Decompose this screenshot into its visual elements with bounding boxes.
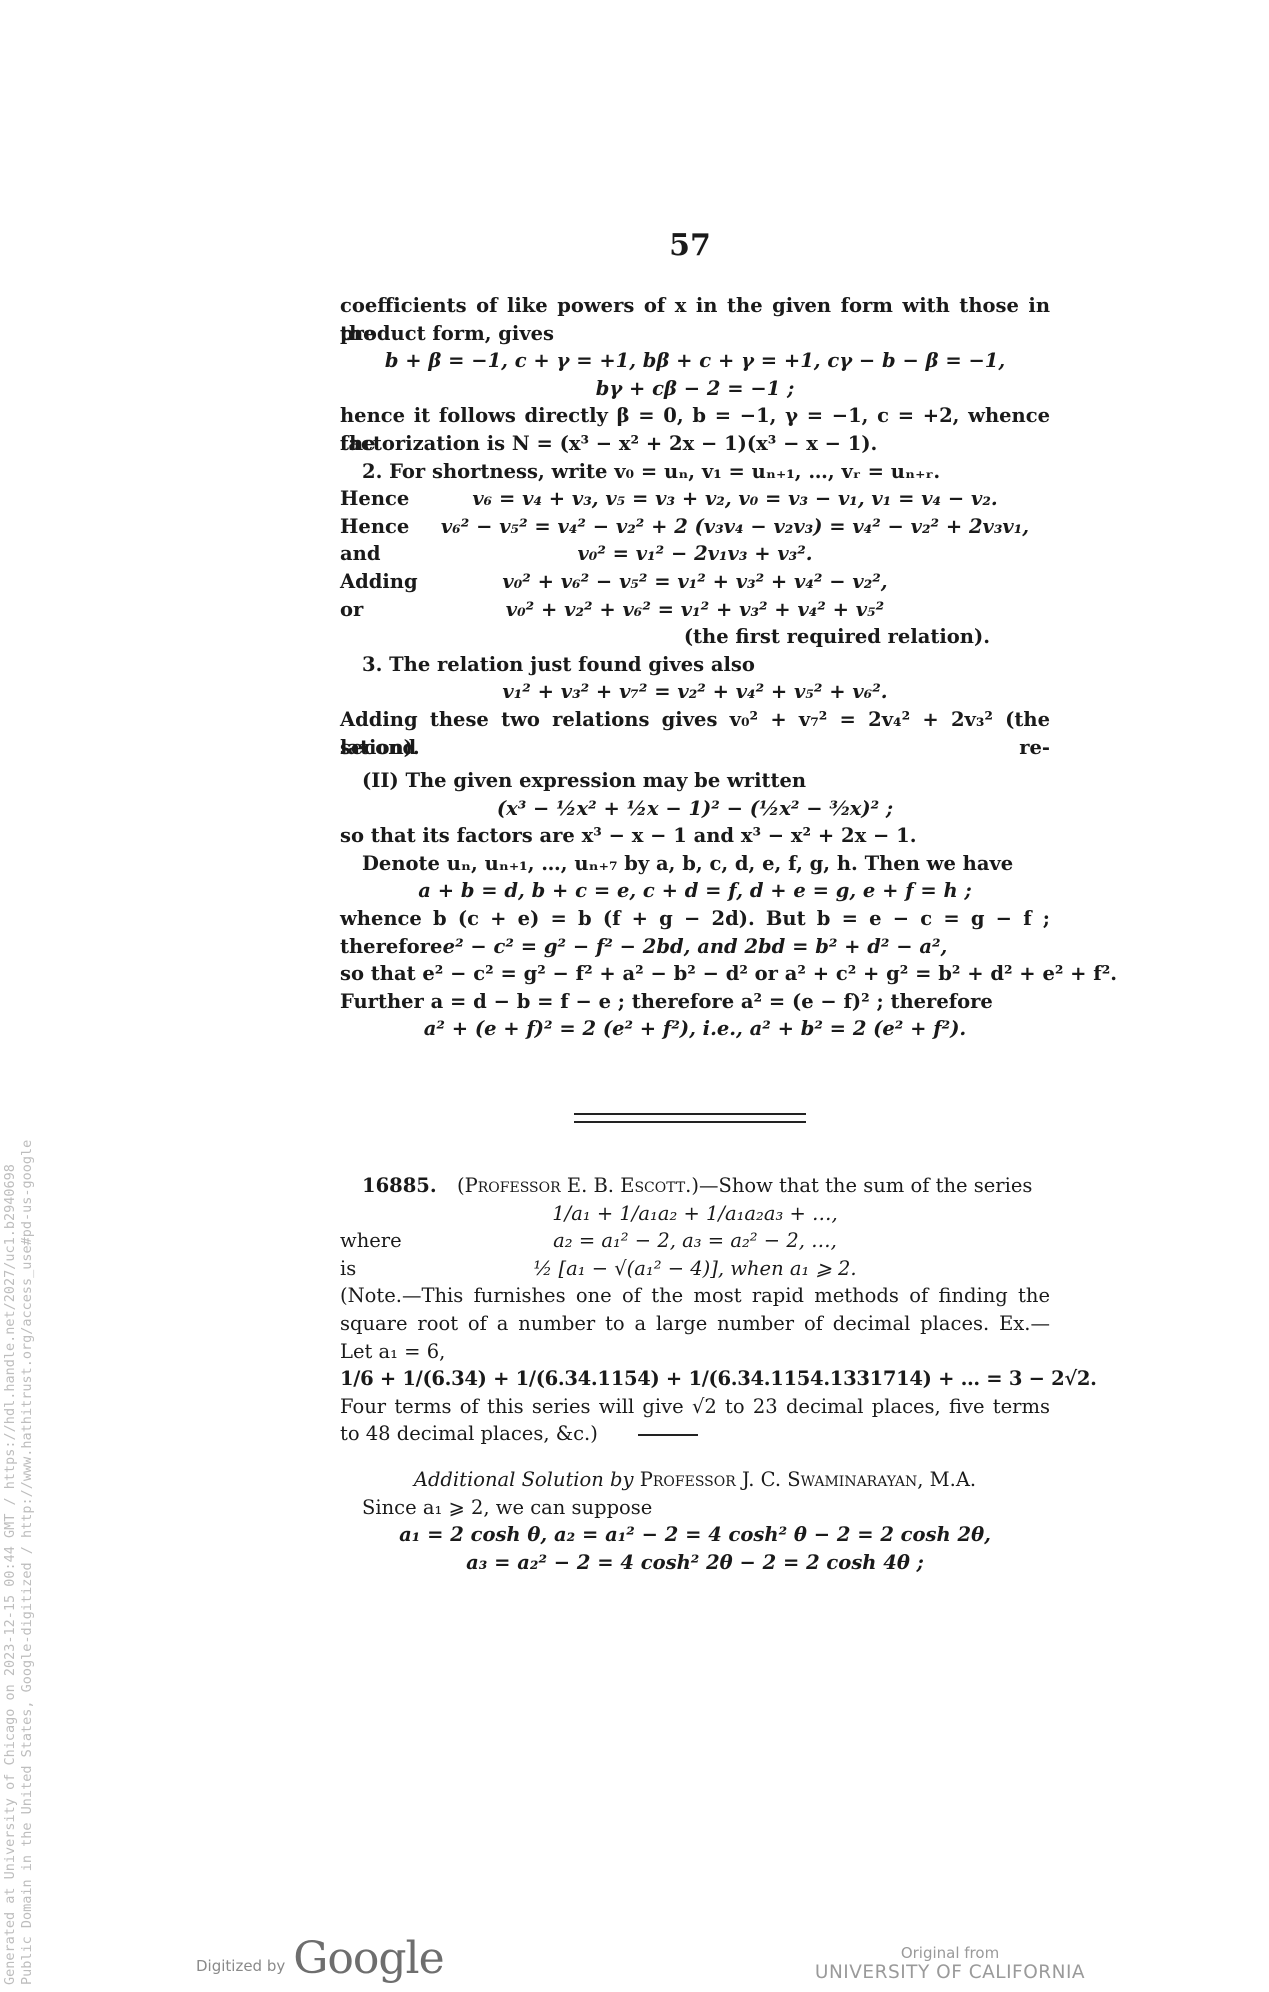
- equation: a₁ = 2 cosh θ, a₂ = a₁² − 2 = 4 cosh² θ …: [340, 1521, 1050, 1549]
- digitized-by-google: Digitized by Google: [196, 1933, 444, 1984]
- text-line: (II) The given expression may be written: [340, 767, 1050, 795]
- question-16885: 16885. (Professor E. B. Escott.)—Show th…: [340, 1172, 1050, 1576]
- equation: a₂ = a₁² − 2, a₃ = a₂² − 2, …,: [340, 1227, 1050, 1255]
- equation: a² + (e + f)² = 2 (e² + f²), i.e., a² + …: [340, 1015, 1050, 1043]
- note-line: to 48 decimal places, &c.): [340, 1420, 1050, 1448]
- text-line: 2. For shortness, write v₀ = uₙ, v₁ = uₙ…: [340, 458, 1050, 486]
- example-equation: 1/6 + 1/(6.34) + 1/(6.34.1154) + 1/(6.34…: [340, 1365, 1050, 1393]
- text-line: Since a₁ ⩾ 2, we can suppose: [340, 1494, 1050, 1522]
- page-number: 57: [0, 228, 1269, 263]
- solution-heading-italic: Additional Solution by: [414, 1468, 634, 1491]
- solution-author: Professor J. C. Swaminarayan, M.A.: [640, 1468, 976, 1491]
- equation: v₁² + v₃² + v₇² = v₂² + v₄² + v₅² + v₆².: [340, 678, 1050, 706]
- text-line: lation).: [340, 734, 1050, 762]
- university-name: UNIVERSITY OF CALIFORNIA: [800, 1962, 1100, 1983]
- hathitrust-watermark: Generated at University of Chicago on 20…: [2, 1140, 36, 1985]
- question-prompt: —Show that the sum of the series: [699, 1174, 1032, 1197]
- text-line: hence it follows directly β = 0, b = −1,…: [340, 402, 1050, 430]
- labeled-equation: or v₀² + v₂² + v₆² = v₁² + v₃² + v₄² + v…: [340, 596, 1050, 624]
- original-from: Original from UNIVERSITY OF CALIFORNIA: [800, 1944, 1100, 1983]
- text-line: factorization is N = (x³ − x² + 2x − 1)(…: [340, 430, 1050, 458]
- solution-continuation: coefficients of like powers of x in the …: [340, 292, 1050, 1043]
- equation: a + b = d, b + c = e, c + d = f, d + e =…: [340, 877, 1050, 905]
- equation-label: Hence: [340, 513, 409, 541]
- text-line: 3. The relation just found gives also: [340, 651, 1050, 679]
- question-header: 16885. (Professor E. B. Escott.)—Show th…: [340, 1172, 1050, 1200]
- note-line: Let a₁ = 6,: [340, 1338, 1050, 1366]
- note-line: Four terms of this series will give √2 t…: [340, 1393, 1050, 1421]
- equation: v₆² − v₅² = v₄² − v₂² + 2 (v₃v₄ − v₂v₃) …: [420, 513, 1050, 541]
- section-divider: [574, 1113, 806, 1123]
- labeled-equation: Hence v₆² − v₅² = v₄² − v₂² + 2 (v₃v₄ − …: [340, 513, 1050, 541]
- equation: ½ [a₁ − √(a₁² − 4)], when a₁ ⩾ 2.: [340, 1255, 1050, 1283]
- question-number: 16885.: [362, 1174, 437, 1197]
- equation: v₀² = v₁² − 2v₁v₃ + v₃².: [340, 540, 1050, 568]
- text-line: Adding these two relations gives v₀² + v…: [340, 706, 1050, 734]
- google-logo: Google: [293, 1933, 443, 1984]
- labeled-equation: where a₂ = a₁² − 2, a₃ = a₂² − 2, …,: [340, 1227, 1050, 1255]
- question-author: (Professor E. B. Escott.): [457, 1174, 699, 1197]
- equation: b + β = −1, c + γ = +1, bβ + c + γ = +1,…: [340, 347, 1050, 375]
- text-line: coefficients of like powers of x in the …: [340, 292, 1050, 320]
- equation: e² − c² = g² − f² − 2bd, and 2bd = b² + …: [340, 933, 1050, 961]
- equation: a₃ = a₂² − 2 = 4 cosh² 2θ − 2 = 2 cosh 4…: [340, 1549, 1050, 1577]
- note-line: (Note.—This furnishes one of the most ra…: [340, 1282, 1050, 1310]
- text-line: Further a = d − b = f − e ; therefore a²…: [340, 988, 1050, 1016]
- text-line: product form, gives: [340, 320, 1050, 348]
- text-line: (the first required relation).: [340, 623, 1050, 651]
- labeled-equation: and v₀² = v₁² − 2v₁v₃ + v₃².: [340, 540, 1050, 568]
- text-line: so that its factors are x³ − x − 1 and x…: [340, 822, 1050, 850]
- equation: (x³ − ½x² + ½x − 1)² − (½x² − ³⁄₂x)² ;: [340, 795, 1050, 823]
- labeled-equation: Hence v₆ = v₄ + v₃, v₅ = v₃ + v₂, v₀ = v…: [340, 485, 1050, 513]
- solution-heading: Additional Solution by Professor J. C. S…: [340, 1466, 1050, 1494]
- text-line: Denote uₙ, uₙ₊₁, …, uₙ₊₇ by a, b, c, d, …: [340, 850, 1050, 878]
- equation: 1/a₁ + 1/a₁a₂ + 1/a₁a₂a₃ + …,: [340, 1200, 1050, 1228]
- watermark-line: Public Domain in the United States, Goog…: [19, 1140, 36, 1985]
- labeled-equation: Adding v₀² + v₆² − v₅² = v₁² + v₃² + v₄²…: [340, 568, 1050, 596]
- equation: v₀² + v₂² + v₆² = v₁² + v₃² + v₄² + v₅²: [340, 596, 1050, 624]
- note-line: square root of a number to a large numbe…: [340, 1310, 1050, 1338]
- original-from-label: Original from: [800, 1944, 1100, 1962]
- watermark-line: Generated at University of Chicago on 20…: [2, 1140, 19, 1985]
- short-rule: [638, 1434, 698, 1436]
- equation: v₀² + v₆² − v₅² = v₁² + v₃² + v₄² − v₂²,: [340, 568, 1050, 596]
- labeled-equation: is ½ [a₁ − √(a₁² − 4)], when a₁ ⩾ 2.: [340, 1255, 1050, 1283]
- text-line: so that e² − c² = g² − f² + a² − b² − d²…: [340, 960, 1050, 988]
- digitized-by-label: Digitized by: [196, 1957, 285, 1975]
- equation: bγ + cβ − 2 = −1 ;: [340, 375, 1050, 403]
- equation: v₆ = v₄ + v₃, v₅ = v₃ + v₂, v₀ = v₃ − v₁…: [420, 485, 1050, 513]
- equation-label: Hence: [340, 485, 409, 513]
- text-line: whence b (c + e) = b (f + g − 2d). But b…: [340, 905, 1050, 933]
